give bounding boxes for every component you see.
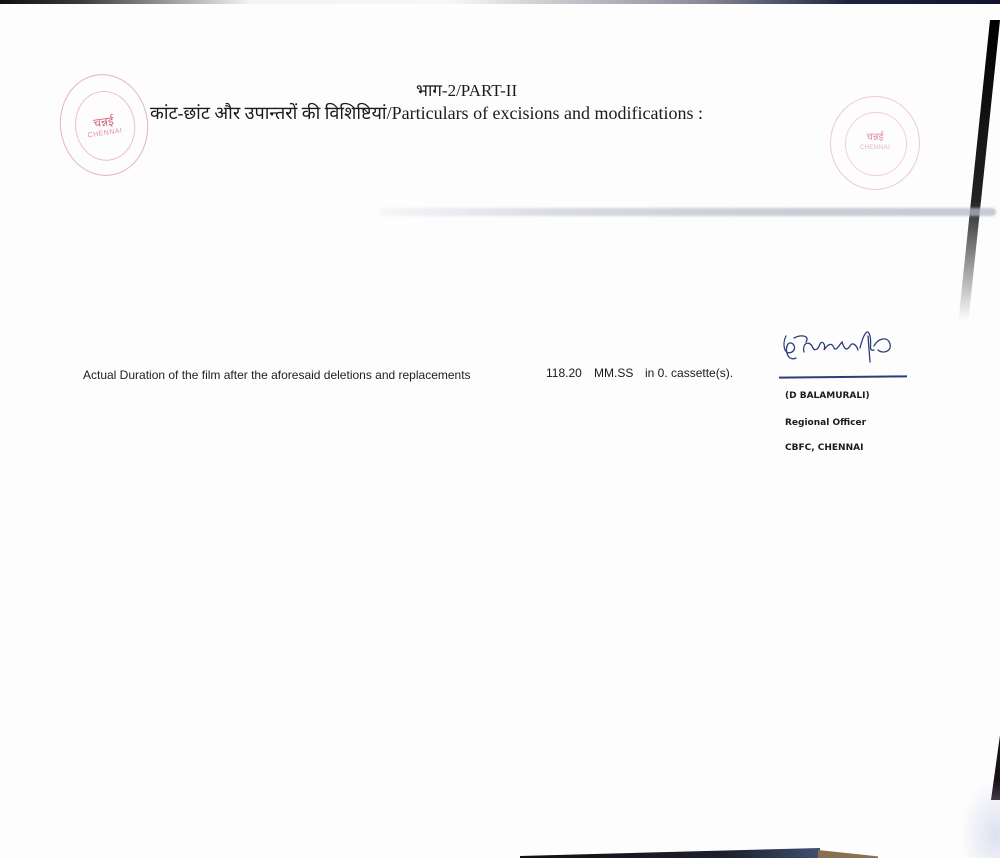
- duration-label: Actual Duration of the film after the af…: [83, 368, 471, 382]
- signature-line: [779, 375, 907, 378]
- scan-bottom-edge: [520, 848, 820, 858]
- stamp-english-text: CHENNAI: [831, 145, 919, 151]
- particulars-heading: कांट-छांट और उपान्तरों की विशिष्टियां/Pa…: [150, 101, 703, 125]
- part-title: भाग-2/PART-II: [416, 78, 517, 101]
- signatory-name: (D BALAMURALI): [785, 391, 870, 401]
- scan-bottom-edge-tan: [818, 850, 878, 858]
- official-stamp-right: चन्नई CHENNAI: [830, 96, 920, 190]
- scan-top-edge: [0, 0, 1000, 4]
- stamp-hindi-text: चन्नई: [831, 129, 919, 143]
- cassette-count: in 0. cassette(s).: [645, 366, 733, 380]
- scan-right-edge: [958, 20, 1000, 320]
- scan-smear: [380, 208, 996, 216]
- official-stamp-left: चन्नई CHENNAI: [53, 68, 154, 181]
- signatory-organization: CBFC, CHENNAI: [785, 443, 863, 453]
- duration-unit: MM.SS: [594, 366, 633, 380]
- signature-icon: [778, 322, 908, 372]
- signatory-title: Regional Officer: [785, 418, 866, 428]
- duration-value: 118.20: [546, 366, 582, 380]
- scan-smudge: [960, 780, 1000, 858]
